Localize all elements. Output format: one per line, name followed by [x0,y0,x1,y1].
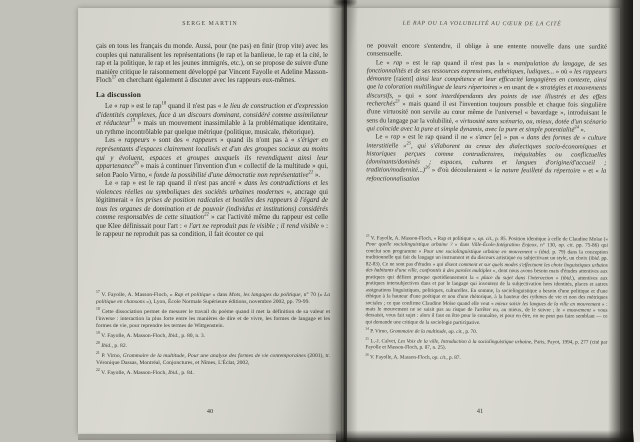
paragraph: çais en tous les français du monde. Auss… [96,43,328,86]
footnote: 17 V. Fayolle, A. Masson-Floch, « Rap et… [96,292,330,306]
scan-shadow-bottom-left [78,432,338,440]
footnote: 26 V. Fayolle, A. Masson-Floch, op. cit.… [365,354,607,362]
footnote: 24 P. Virno, Grammaire de la multitude, … [365,329,607,337]
footnote: 20 Ibid., p. 82. [96,343,330,350]
running-head-author: SERGE MARTIN [78,21,342,27]
scanned-book-spread: SERGE MARTIN çais en tous les français d… [0,0,640,442]
paragraph: ne pouvait encore s'entendre, il oblige … [367,42,607,60]
page-number-left: 40 [78,408,342,415]
footnote: 25 L.-J. Calvet, Les Voix de la ville, I… [365,338,607,352]
footnote: 19 V. Fayolle, A. Masson-Floch, Ibid., p… [96,333,330,340]
running-head-title: LE RAP OU LA VOLUBILITÉ AU CŒUR DE LA CI… [343,20,620,27]
main-text-left: çais en tous les français du monde. Auss… [96,43,328,240]
page-right-content: LE RAP OU LA VOLUBILITÉ AU CŒUR DE LA CI… [342,8,620,438]
section-heading: La discussion [96,91,328,100]
footnotes-right: 23 V. Fayolle, A. Masson-Floch, « Rap et… [365,235,608,364]
footnote: 22 V. Fayolle, A. Masson-Floch, Ibid., p… [96,370,330,377]
paragraph: Le « rap » est le rap quand il ne « s'an… [366,134,606,185]
scanner-bed-strip [633,0,640,442]
page-left-content: SERGE MARTIN çais en tous les français d… [78,8,342,434]
paragraph: Le « rap » est le rap18 quand il n'est p… [96,103,328,137]
spine-top-smudge [332,0,358,8]
main-text-right: ne pouvait encore s'entendre, il oblige … [366,42,607,184]
footnote: 18 Cette dissociation permet de mesurer … [96,309,330,330]
paragraph: Le « rap » est le rap quand il n'est pas… [366,59,606,135]
book-spine-shadow [328,0,358,442]
page-number-right: 41 [342,407,619,415]
book-spine-line [344,0,347,442]
scan-edge-bottom [336,430,634,442]
paragraph: Le « rap » est le rap quand il n'est pas… [96,180,328,240]
page-left: SERGE MARTIN çais en tous les français d… [78,8,342,434]
footnotes-left: 17 V. Fayolle, A. Masson-Floch, « Rap et… [96,292,330,380]
page-right: LE RAP OU LA VOLUBILITÉ AU CŒUR DE LA CI… [342,8,620,438]
footnote: 23 V. Fayolle, A. Masson-Floch, « Rap et… [365,235,607,327]
paragraph: Les « rappeurs » sont des « rappeurs » q… [96,137,328,180]
scan-edge-right [608,0,634,442]
footnote: 21 P. Virno, Grammaire de la multitude, … [96,353,330,367]
